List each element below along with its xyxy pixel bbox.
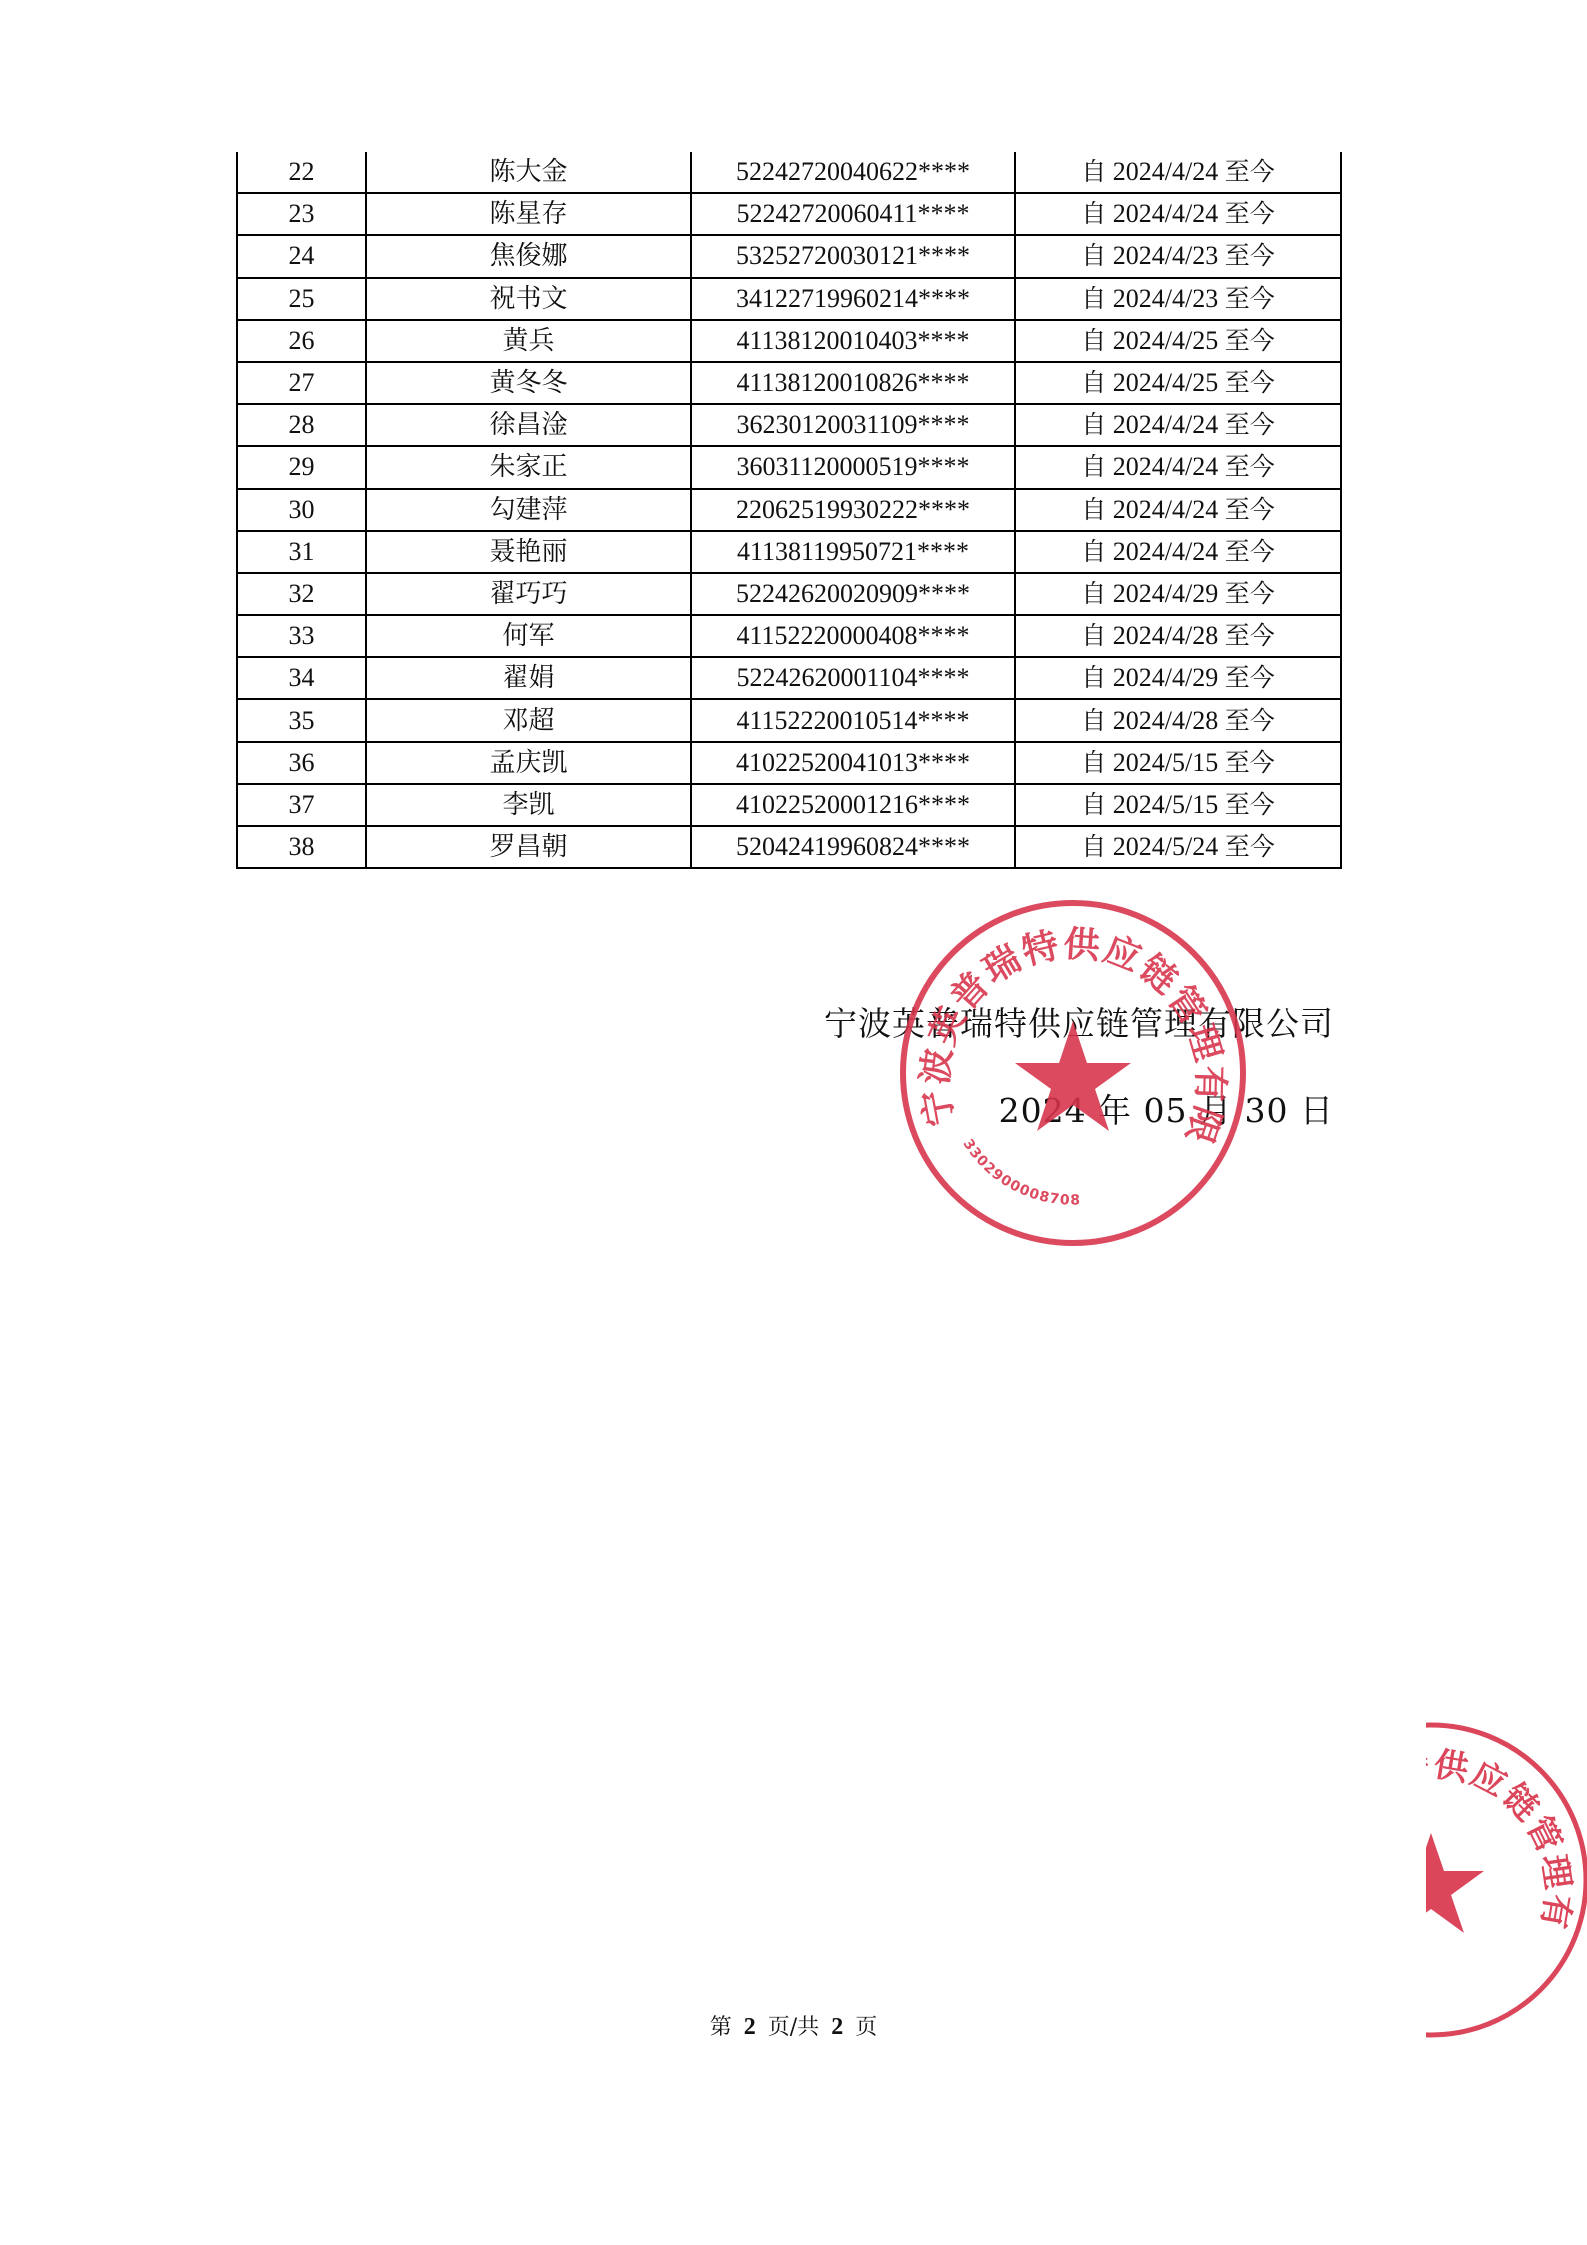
period-suffix: 至今: [1225, 452, 1275, 481]
start-date: 2024/4/29: [1113, 579, 1218, 608]
row-number: 28: [237, 404, 366, 446]
period-prefix: 自: [1081, 452, 1106, 481]
table-row: 27 黄冬冬 41138120010826**** 自 2024/4/25 至今: [237, 362, 1341, 404]
period-suffix: 至今: [1225, 621, 1275, 650]
employment-period: 自 2024/5/15 至今: [1015, 784, 1341, 826]
start-date: 2024/4/24: [1113, 157, 1218, 186]
employment-period: 自 2024/4/25 至今: [1015, 362, 1341, 404]
row-number: 33: [237, 615, 366, 657]
employment-period: 自 2024/4/29 至今: [1015, 657, 1341, 699]
row-number: 31: [237, 531, 366, 573]
employee-name: 朱家正: [366, 446, 691, 488]
employment-period: 自 2024/4/24 至今: [1015, 193, 1341, 235]
row-number: 29: [237, 446, 366, 488]
employee-name: 焦俊娜: [366, 235, 691, 277]
row-number: 30: [237, 489, 366, 531]
total-pages: 2: [831, 2014, 843, 2040]
id-number: 52042419960824****: [691, 826, 1015, 868]
employee-name: 罗昌朝: [366, 826, 691, 868]
period-suffix: 至今: [1225, 157, 1275, 186]
employee-name: 聂艳丽: [366, 531, 691, 573]
row-number: 38: [237, 826, 366, 868]
start-date: 2024/4/23: [1113, 284, 1218, 313]
employment-period: 自 2024/4/23 至今: [1015, 235, 1341, 277]
employee-name: 黄兵: [366, 320, 691, 362]
row-number: 37: [237, 784, 366, 826]
period-suffix: 至今: [1225, 199, 1275, 228]
period-prefix: 自: [1081, 410, 1106, 439]
period-suffix: 至今: [1225, 368, 1275, 397]
period-suffix: 至今: [1225, 537, 1275, 566]
id-number: 36230120031109****: [691, 404, 1015, 446]
employee-name: 邓超: [366, 699, 691, 741]
row-number: 34: [237, 657, 366, 699]
star-icon: [1426, 1833, 1484, 1933]
table-row: 37 李凯 41022520001216**** 自 2024/5/15 至今: [237, 784, 1341, 826]
table-row: 32 翟巧巧 52242620020909**** 自 2024/4/29 至今: [237, 573, 1341, 615]
employee-table-body: 22 陈大金 52242720040622**** 自 2024/4/24 至今…: [237, 152, 1341, 868]
start-date: 2024/4/24: [1113, 495, 1218, 524]
period-suffix: 至今: [1225, 579, 1275, 608]
table-row: 35 邓超 41152220010514**** 自 2024/4/28 至今: [237, 699, 1341, 741]
table-row: 25 祝书文 34122719960214**** 自 2024/4/23 至今: [237, 278, 1341, 320]
id-number: 22062519930222****: [691, 489, 1015, 531]
row-number: 27: [237, 362, 366, 404]
id-number: 36031120000519****: [691, 446, 1015, 488]
id-number: 41138120010403****: [691, 320, 1015, 362]
start-date: 2024/4/25: [1113, 368, 1218, 397]
footer-prefix: 第: [710, 2015, 732, 2040]
period-prefix: 自: [1081, 284, 1106, 313]
table-row: 36 孟庆凯 41022520041013**** 自 2024/5/15 至今: [237, 742, 1341, 784]
table-row: 30 勾建萍 22062519930222**** 自 2024/4/24 至今: [237, 489, 1341, 531]
employment-period: 自 2024/4/24 至今: [1015, 446, 1341, 488]
period-prefix: 自: [1081, 157, 1106, 186]
table-row: 29 朱家正 36031120000519**** 自 2024/4/24 至今: [237, 446, 1341, 488]
id-number: 41022520001216****: [691, 784, 1015, 826]
period-suffix: 至今: [1225, 663, 1275, 692]
employee-name: 陈大金: [366, 152, 691, 193]
period-suffix: 至今: [1225, 241, 1275, 270]
period-prefix: 自: [1081, 495, 1106, 524]
row-number: 32: [237, 573, 366, 615]
row-number: 36: [237, 742, 366, 784]
period-prefix: 自: [1081, 368, 1106, 397]
employee-table: 22 陈大金 52242720040622**** 自 2024/4/24 至今…: [236, 152, 1342, 869]
start-date: 2024/4/29: [1113, 663, 1218, 692]
row-number: 23: [237, 193, 366, 235]
period-prefix: 自: [1081, 537, 1106, 566]
start-date: 2024/4/24: [1113, 199, 1218, 228]
period-prefix: 自: [1081, 199, 1106, 228]
start-date: 2024/4/28: [1113, 621, 1218, 650]
employment-period: 自 2024/4/24 至今: [1015, 152, 1341, 193]
period-suffix: 至今: [1225, 326, 1275, 355]
id-number: 52242620020909****: [691, 573, 1015, 615]
start-date: 2024/5/15: [1113, 748, 1218, 777]
period-prefix: 自: [1081, 663, 1106, 692]
table-row: 23 陈星存 52242720060411**** 自 2024/4/24 至今: [237, 193, 1341, 235]
start-date: 2024/4/25: [1113, 326, 1218, 355]
table-row: 26 黄兵 41138120010403**** 自 2024/4/25 至今: [237, 320, 1341, 362]
employment-period: 自 2024/5/15 至今: [1015, 742, 1341, 784]
row-number: 24: [237, 235, 366, 277]
period-suffix: 至今: [1225, 832, 1275, 861]
period-suffix: 至今: [1225, 284, 1275, 313]
id-number: 41138120010826****: [691, 362, 1015, 404]
id-number: 41138119950721****: [691, 531, 1015, 573]
current-page-number: 2: [744, 2014, 756, 2040]
employee-name: 何军: [366, 615, 691, 657]
period-prefix: 自: [1081, 832, 1106, 861]
period-suffix: 至今: [1225, 410, 1275, 439]
table-row: 38 罗昌朝 52042419960824**** 自 2024/5/24 至今: [237, 826, 1341, 868]
table-row: 31 聂艳丽 41138119950721**** 自 2024/4/24 至今: [237, 531, 1341, 573]
employee-name: 翟巧巧: [366, 573, 691, 615]
employee-name: 黄冬冬: [366, 362, 691, 404]
id-number: 52242720040622****: [691, 152, 1015, 193]
period-prefix: 自: [1081, 241, 1106, 270]
employee-name: 孟庆凯: [366, 742, 691, 784]
employee-name: 李凯: [366, 784, 691, 826]
id-number: 53252720030121****: [691, 235, 1015, 277]
employment-period: 自 2024/4/24 至今: [1015, 489, 1341, 531]
employment-period: 自 2024/4/23 至今: [1015, 278, 1341, 320]
start-date: 2024/4/28: [1113, 706, 1218, 735]
employment-period: 自 2024/4/24 至今: [1015, 531, 1341, 573]
footer-middle: 页/共: [768, 2015, 819, 2040]
row-number: 35: [237, 699, 366, 741]
signature-date: 2024 年 05 月 30 日: [999, 1085, 1334, 1132]
table-row: 22 陈大金 52242720040622**** 自 2024/4/24 至今: [237, 152, 1341, 193]
start-date: 2024/4/24: [1113, 537, 1218, 566]
period-prefix: 自: [1081, 706, 1106, 735]
signature-company: 宁波英普瑞特供应链管理有限公司: [824, 998, 1334, 1045]
employment-period: 自 2024/4/29 至今: [1015, 573, 1341, 615]
period-suffix: 至今: [1225, 706, 1275, 735]
period-suffix: 至今: [1225, 790, 1275, 819]
employment-period: 自 2024/4/28 至今: [1015, 615, 1341, 657]
start-date: 2024/4/24: [1113, 452, 1218, 481]
id-number: 52242620001104****: [691, 657, 1015, 699]
employee-name: 祝书文: [366, 278, 691, 320]
row-number: 22: [237, 152, 366, 193]
employee-name: 陈星存: [366, 193, 691, 235]
employment-period: 自 2024/4/24 至今: [1015, 404, 1341, 446]
partial-seal: 宁波英普瑞特供应链管理有限公司: [1426, 1715, 1587, 2045]
seal-text: 宁波英普瑞特供应链管理有限公司: [1426, 1715, 1578, 1933]
svg-text:3302900008708: 3302900008708: [960, 1136, 1082, 1208]
start-date: 2024/4/23: [1113, 241, 1218, 270]
id-number: 34122719960214****: [691, 278, 1015, 320]
partial-seal-graphic: 宁波英普瑞特供应链管理有限公司: [1426, 1715, 1587, 2045]
id-number: 41152220000408****: [691, 615, 1015, 657]
period-prefix: 自: [1081, 579, 1106, 608]
employment-period: 自 2024/5/24 至今: [1015, 826, 1341, 868]
id-number: 41152220010514****: [691, 699, 1015, 741]
company-seal: 宁波英普瑞特供应链管理有限公司 3302900008708: [893, 893, 1253, 1253]
period-prefix: 自: [1081, 326, 1106, 355]
employment-period: 自 2024/4/28 至今: [1015, 699, 1341, 741]
id-number: 41022520041013****: [691, 742, 1015, 784]
document-page: 22 陈大金 52242720040622**** 自 2024/4/24 至今…: [0, 0, 1587, 2245]
employee-name: 翟娟: [366, 657, 691, 699]
start-date: 2024/5/24: [1113, 832, 1218, 861]
employment-period: 自 2024/4/25 至今: [1015, 320, 1341, 362]
footer-suffix: 页: [855, 2015, 877, 2040]
table-row: 34 翟娟 52242620001104**** 自 2024/4/29 至今: [237, 657, 1341, 699]
period-prefix: 自: [1081, 748, 1106, 777]
row-number: 26: [237, 320, 366, 362]
table-row: 28 徐昌淦 36230120031109**** 自 2024/4/24 至今: [237, 404, 1341, 446]
id-number: 52242720060411****: [691, 193, 1015, 235]
table-row: 24 焦俊娜 53252720030121**** 自 2024/4/23 至今: [237, 235, 1341, 277]
employee-name: 勾建萍: [366, 489, 691, 531]
period-prefix: 自: [1081, 621, 1106, 650]
page-footer: 第2页/共2页: [0, 2010, 1587, 2041]
employee-name: 徐昌淦: [366, 404, 691, 446]
period-prefix: 自: [1081, 790, 1106, 819]
start-date: 2024/5/15: [1113, 790, 1218, 819]
seal-code: 3302900008708: [960, 1136, 1082, 1208]
table-row: 33 何军 41152220000408**** 自 2024/4/28 至今: [237, 615, 1341, 657]
svg-text:宁波英普瑞特供应链管理有限公司: 宁波英普瑞特供应链管理有限公司: [1426, 1715, 1578, 1933]
period-suffix: 至今: [1225, 748, 1275, 777]
period-suffix: 至今: [1225, 495, 1275, 524]
row-number: 25: [237, 278, 366, 320]
start-date: 2024/4/24: [1113, 410, 1218, 439]
